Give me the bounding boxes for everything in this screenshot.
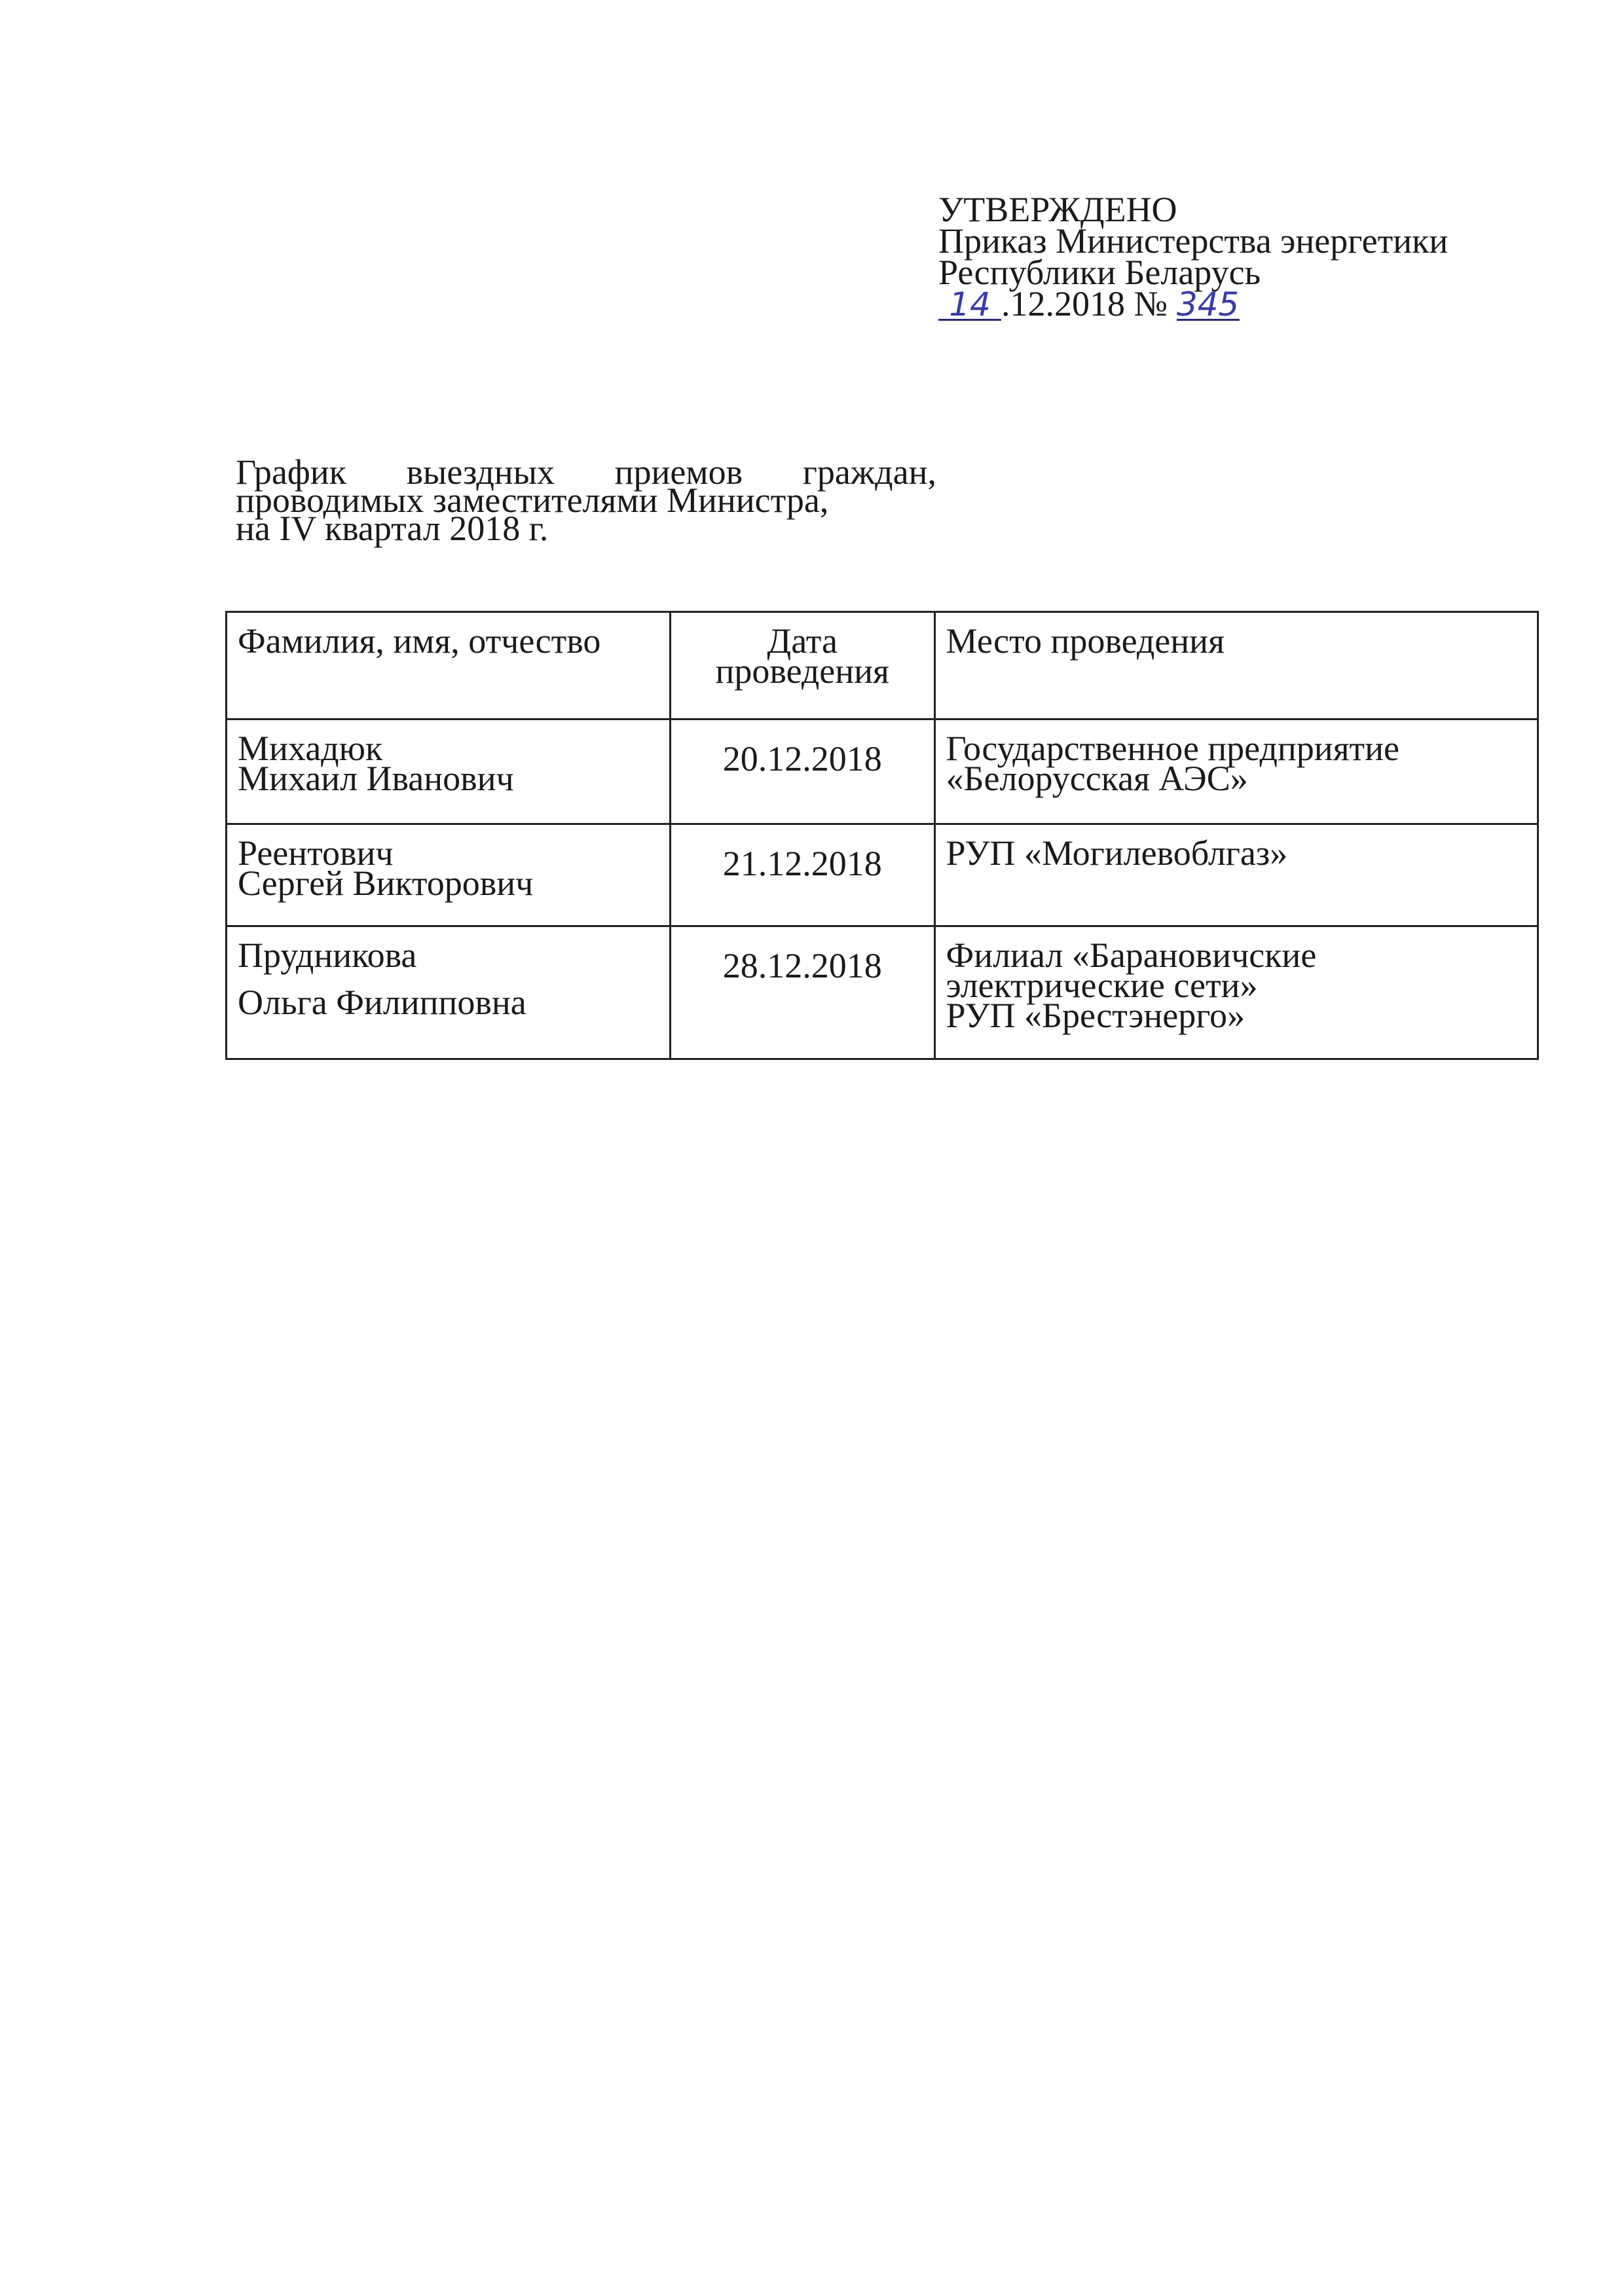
order-date-text: .12.2018 № [1001, 284, 1168, 323]
approval-order-date-line: 14.12.2018 № 345 [938, 288, 1448, 321]
schedule-table: Фамилия, имя, отчество Дата проведения М… [225, 611, 1539, 1060]
cell-date: 28.12.2018 [670, 926, 934, 1059]
cell-date: 21.12.2018 [670, 824, 934, 926]
cell-full-name: Прудникова Ольга Филипповна [227, 926, 671, 1059]
cell-place: Государственное предприятие «Белорусская… [934, 720, 1538, 824]
header-place: Место проведения [934, 612, 1538, 720]
cell-full-name: Реентович Сергей Викторович [227, 824, 671, 926]
handwritten-order-day: 14 [938, 290, 1001, 321]
table-row: Михадюк Михаил Иванович 20.12.2018 Госуд… [227, 720, 1538, 824]
cell-date: 20.12.2018 [670, 720, 934, 824]
header-full-name: Фамилия, имя, отчество [227, 612, 671, 720]
given-name: Сергей Викторович [238, 868, 659, 898]
place-line: РУП «Брестэнерго» [946, 1000, 1526, 1030]
table-row: Прудникова Ольга Филипповна 28.12.2018 Ф… [227, 926, 1538, 1059]
approval-order-line1: Приказ Министерства энергетики [938, 225, 1448, 257]
place-line: РУП «Могилевоблгаз» [946, 838, 1526, 868]
cell-full-name: Михадюк Михаил Иванович [227, 720, 671, 824]
header-date: Дата проведения [670, 612, 934, 720]
approval-order-line2: Республики Беларусь [938, 257, 1448, 288]
approval-heading: УТВЕРЖДЕНО [938, 194, 1448, 225]
table-row: Реентович Сергей Викторович 21.12.2018 Р… [227, 824, 1538, 926]
document-title: График выездных приемов граждан, проводи… [236, 458, 936, 543]
place-line: «Белорусская АЭС» [946, 763, 1526, 793]
header-date-line-2: проведения [682, 656, 923, 686]
approval-block: УТВЕРЖДЕНО Приказ Министерства энергетик… [938, 194, 1448, 321]
surname: Прудникова [238, 940, 659, 970]
handwritten-order-number: 345 [1177, 290, 1240, 321]
cell-place: РУП «Могилевоблгаз» [934, 824, 1538, 926]
given-name: Михаил Иванович [238, 763, 659, 793]
given-name: Ольга Филипповна [238, 987, 659, 1017]
table-header-row: Фамилия, имя, отчество Дата проведения М… [227, 612, 1538, 720]
cell-place: Филиал «Барановичские электрические сети… [934, 926, 1538, 1059]
